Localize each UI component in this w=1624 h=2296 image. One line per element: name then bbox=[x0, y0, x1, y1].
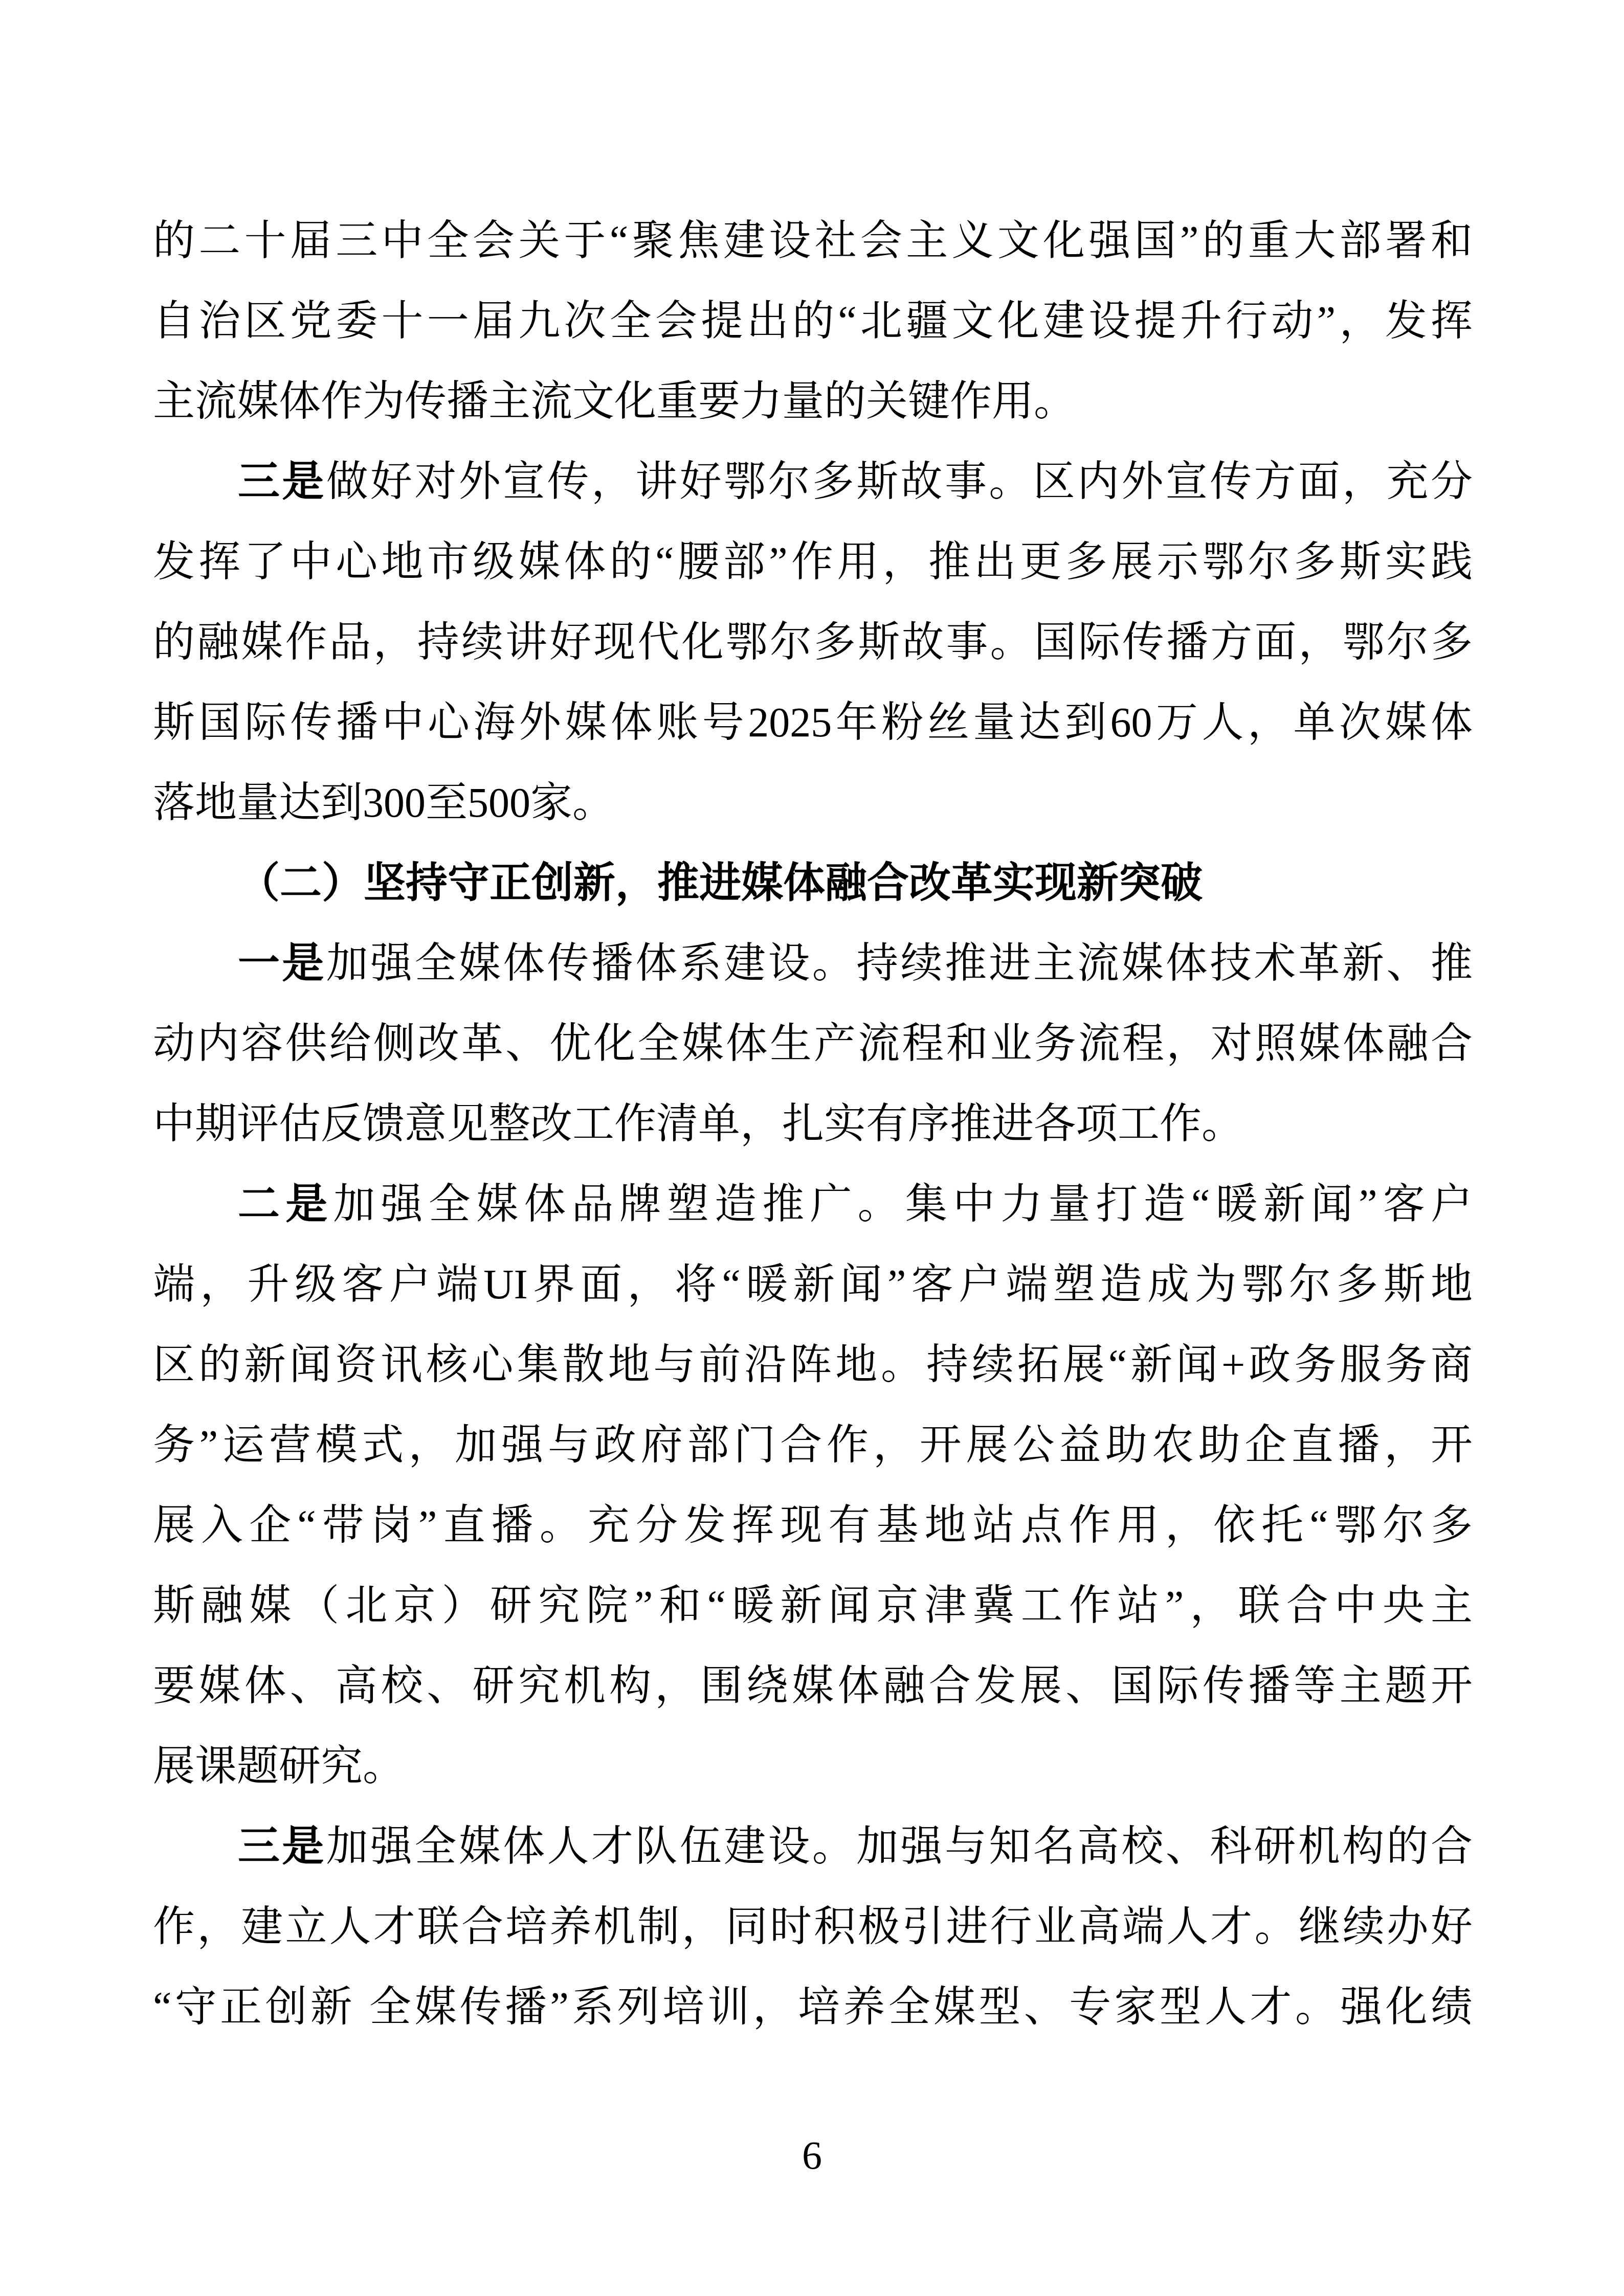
text-line: 展课题研究。 bbox=[153, 1726, 1473, 1806]
text-line: 务”运营模式，加强与政府部门合作，开展公益助农助企直播，开 bbox=[153, 1405, 1473, 1485]
text-line: 区的新闻资讯核心集散地与前沿阵地。持续拓展“新闻+政务服务商 bbox=[153, 1324, 1473, 1405]
text-line: 斯国际传播中心海外媒体账号2025年粉丝量达到60万人，单次媒体 bbox=[153, 682, 1473, 762]
text-line: 三是做好对外宣传，讲好鄂尔多斯故事。区内外宣传方面，充分 bbox=[153, 441, 1473, 522]
text-line: （二）坚持守正创新，推进媒体融合改革实现新突破 bbox=[153, 843, 1473, 923]
text-block: 的二十届三中全会关于“聚焦建设社会主义文化强国”的重大部署和自治区党委十一届九次… bbox=[153, 200, 1473, 2047]
document-page: 的二十届三中全会关于“聚焦建设社会主义文化强国”的重大部署和自治区党委十一届九次… bbox=[0, 0, 1624, 2296]
text-line: “守正创新 全媒传播”系列培训，培养全媒型、专家型人才。强化绩 bbox=[153, 1967, 1473, 2047]
text-line: 落地量达到300至500家。 bbox=[153, 762, 1473, 843]
text-line: 发挥了中心地市级媒体的“腰部”作用，推出更多展示鄂尔多斯实践 bbox=[153, 522, 1473, 602]
text-line: 自治区党委十一届九次全会提出的“北疆文化建设提升行动”，发挥 bbox=[153, 281, 1473, 361]
text-line: 三是加强全媒体人才队伍建设。加强与知名高校、科研机构的合 bbox=[153, 1806, 1473, 1886]
bold-lead: 三是 bbox=[238, 458, 326, 505]
text-line: 一是加强全媒体传播体系建设。持续推进主流媒体技术革新、推 bbox=[153, 923, 1473, 1003]
text-line: 斯融媒（北京）研究院”和“暖新闻京津冀工作站”，联合中央主 bbox=[153, 1565, 1473, 1646]
text-line: 的融媒作品，持续讲好现代化鄂尔多斯故事。国际传播方面，鄂尔多 bbox=[153, 602, 1473, 682]
text-line: 展入企“带岗”直播。充分发挥现有基地站点作用，依托“鄂尔多 bbox=[153, 1485, 1473, 1565]
text-line: 二是加强全媒体品牌塑造推广。集中力量打造“暖新闻”客户 bbox=[153, 1164, 1473, 1244]
bold-lead: 一是 bbox=[238, 940, 326, 986]
text-line: 的二十届三中全会关于“聚焦建设社会主义文化强国”的重大部署和 bbox=[153, 200, 1473, 281]
text-line: 主流媒体作为传播主流文化重要力量的关键作用。 bbox=[153, 361, 1473, 441]
bold-lead: 三是 bbox=[238, 1823, 326, 1870]
text-line: 端，升级客户端UI界面，将“暖新闻”客户端塑造成为鄂尔多斯地 bbox=[153, 1244, 1473, 1324]
text-line: 中期评估反馈意见整改工作清单，扎实有序推进各项工作。 bbox=[153, 1084, 1473, 1164]
text-line: 动内容供给侧改革、优化全媒体生产流程和业务流程，对照媒体融合 bbox=[153, 1003, 1473, 1084]
text-line: 作，建立人才联合培养机制，同时积极引进行业高端人才。继续办好 bbox=[153, 1886, 1473, 1967]
text-line: 要媒体、高校、研究机构，围绕媒体融合发展、国际传播等主题开 bbox=[153, 1646, 1473, 1726]
page-number: 6 bbox=[0, 2122, 1624, 2189]
bold-lead: 二是 bbox=[238, 1181, 333, 1227]
